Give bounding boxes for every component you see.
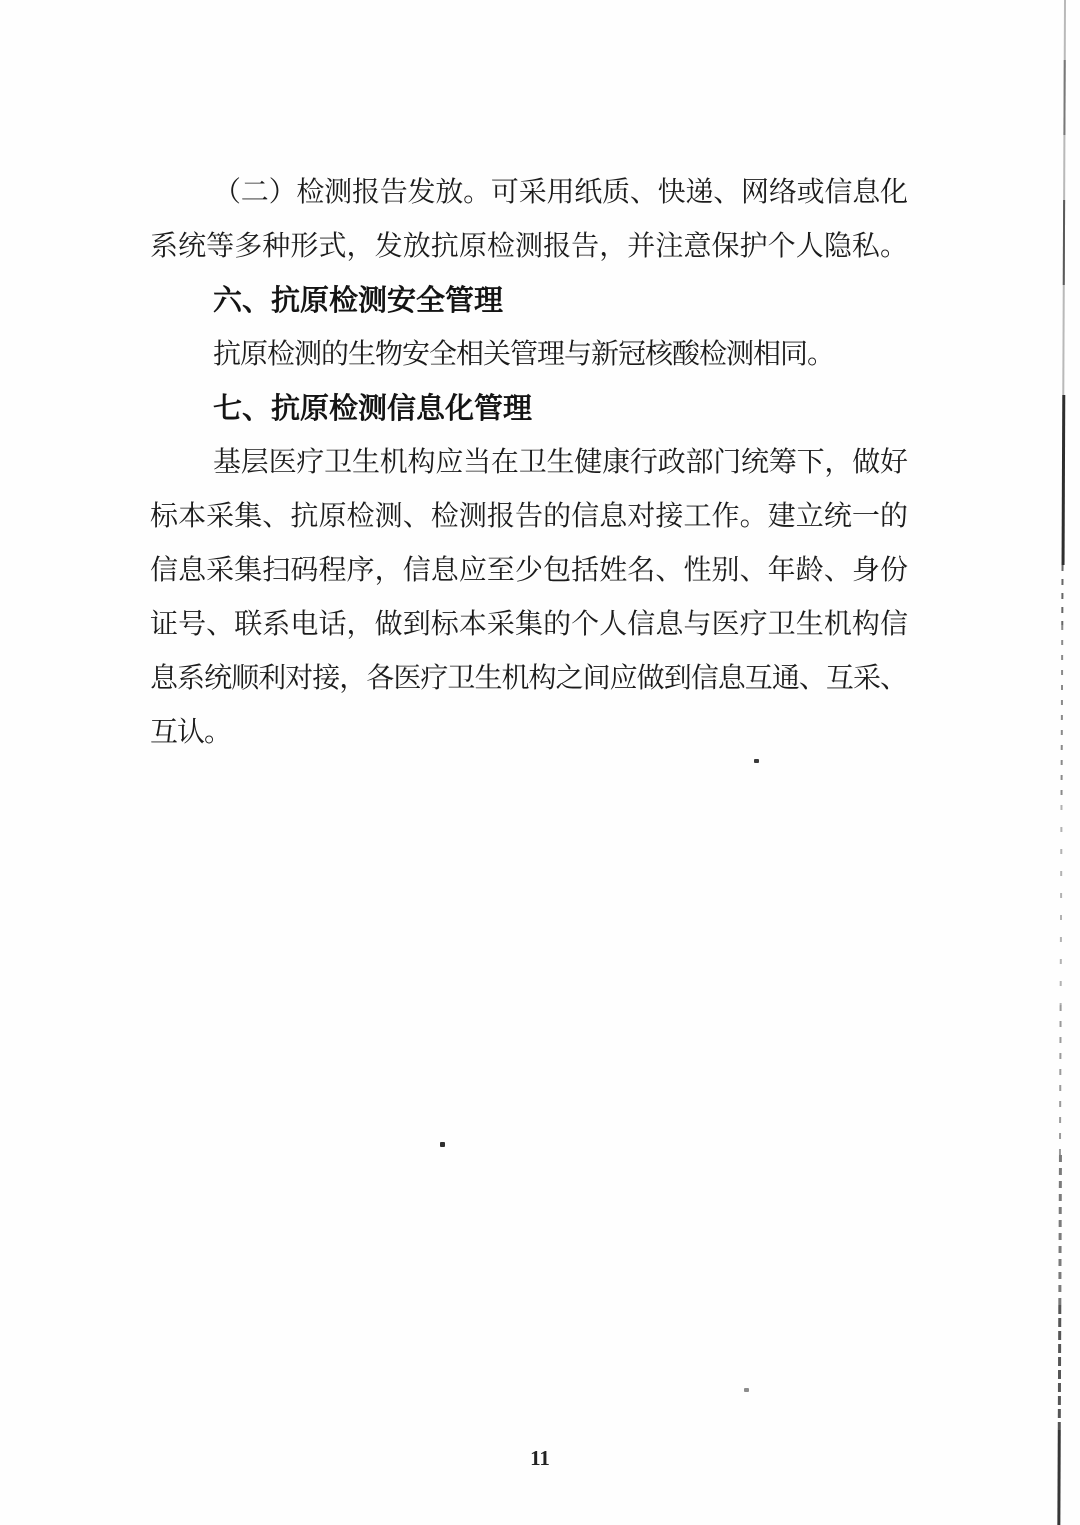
scan-streak-right-edge [1057, 0, 1067, 1525]
paragraph-line: 抗原检测的生物安全相关管理与新冠核酸检测相同。 [150, 328, 907, 382]
paragraph-line: 标本采集、抗原检测、检测报告的信息对接工作。建立统一的 [150, 490, 907, 544]
scan-streak-segment [1060, 805, 1063, 1005]
scan-streak-segment [1061, 565, 1063, 625]
paragraph-line: 息系统顺利对接，各医疗卫生机构之间应做到信息互通、互采、 [150, 652, 907, 706]
scan-speck [754, 759, 759, 763]
scan-streak-segment [1059, 1005, 1062, 1155]
page-number: 11 [0, 1446, 1080, 1471]
scan-streak-segment [1060, 625, 1063, 805]
section-heading-6: 六、抗原检测安全管理 [150, 274, 907, 328]
scan-streak-segment [1063, 200, 1065, 285]
scan-streak-segment [1058, 1305, 1062, 1430]
scan-speck [440, 1142, 445, 1147]
paragraph-line: 系统等多种形式，发放抗原检测报告，并注意保护个人隐私。 [150, 220, 907, 274]
paragraph-line: 证号、联系电话，做到标本采集的个人信息与医疗卫生机构信 [150, 598, 907, 652]
scan-streak-segment [1057, 1430, 1060, 1525]
scan-streak-segment [1063, 60, 1065, 135]
paragraph-line: 信息采集扫码程序，信息应至少包括姓名、性别、年龄、身份 [150, 544, 907, 598]
scan-streak-segment [1062, 395, 1066, 565]
paragraph-line: 基层医疗卫生机构应当在卫生健康行政部门统筹下，做好 [150, 436, 907, 490]
document-text-block: （二）检测报告发放。可采用纸质、快递、网络或信息化 系统等多种形式，发放抗原检测… [150, 166, 907, 760]
scan-streak-segment [1058, 1155, 1062, 1305]
paragraph-line: 互认。 [150, 706, 907, 760]
section-heading-7: 七、抗原检测信息化管理 [150, 382, 907, 436]
paragraph-line: （二）检测报告发放。可采用纸质、快递、网络或信息化 [150, 166, 907, 220]
document-page: （二）检测报告发放。可采用纸质、快递、网络或信息化 系统等多种形式，发放抗原检测… [0, 0, 1080, 1525]
scan-speck [744, 1388, 749, 1392]
